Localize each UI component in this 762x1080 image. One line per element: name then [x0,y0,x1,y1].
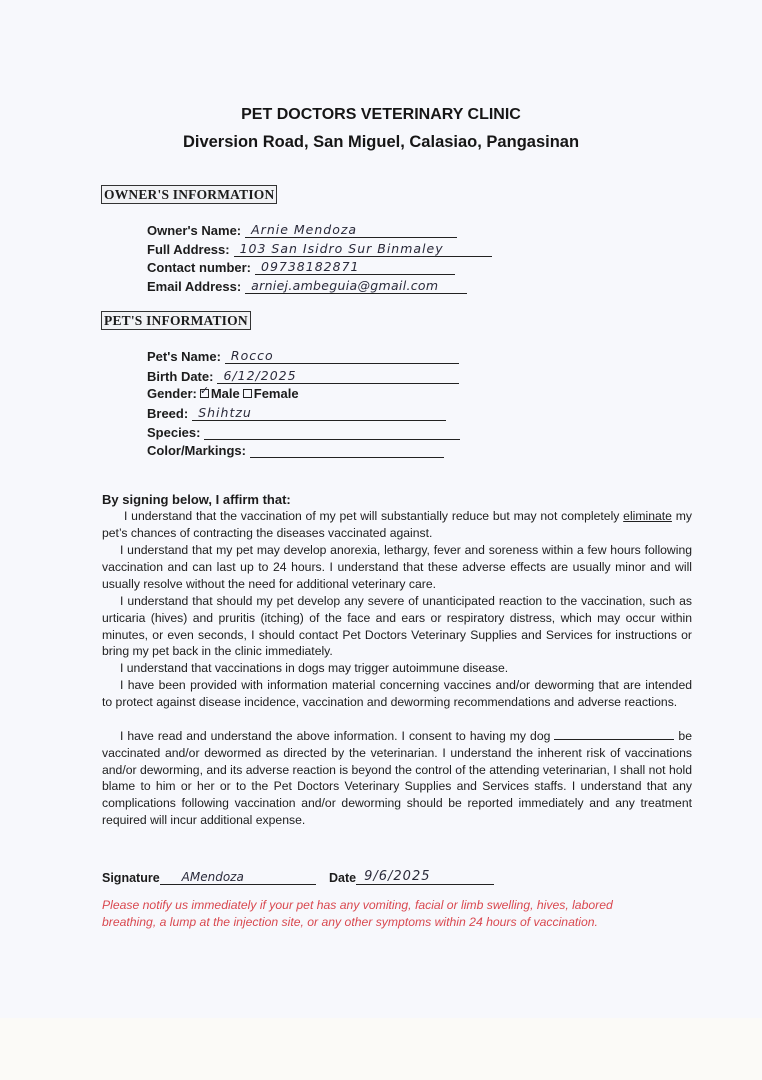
gender-female-label: Female [254,386,299,401]
pet-name-label: Pet's Name: [147,349,221,364]
owner-contact-value: 09738182871 [261,259,359,274]
signature-field[interactable]: AMendoza [160,862,316,885]
p6-start: I have read and understand the above inf… [120,729,554,743]
signature-label: Signature [102,871,160,885]
owner-email-field[interactable]: arniej.ambeguia@gmail.com [245,277,467,294]
date-row: Date 9/6/2025 [329,862,494,885]
consent-paragraph-4: I understand that vaccinations in dogs m… [102,660,692,677]
pet-section-title: PET'S INFORMATION [101,311,251,330]
owner-contact-label: Contact number: [147,260,251,275]
pet-species-row: Species: [147,423,460,440]
date-label: Date [329,871,356,885]
consent-paragraph-3: I understand that should my pet develop … [102,593,692,660]
owner-address-field[interactable]: 103 San Isidro Sur Binmaley [234,240,492,257]
owner-contact-row: Contact number: 09738182871 [147,258,455,275]
gender-female-checkbox[interactable] [243,389,252,398]
owner-section-title: OWNER'S INFORMATION [101,185,277,204]
pet-color-row: Color/Markings: [147,441,444,458]
pet-birthdate-field[interactable]: 6/12/2025 [217,367,459,384]
owner-name-label: Owner's Name: [147,223,241,238]
owner-email-value: arniej.ambeguia@gmail.com [251,278,438,293]
pet-color-field[interactable] [250,441,444,458]
consent-paragraph-2: I understand that my pet may develop ano… [102,542,692,592]
pet-gender-row: Gender: ✓ Male Female [147,386,299,401]
owner-address-label: Full Address: [147,242,230,257]
check-mark-icon: ✓ [200,384,209,397]
affirm-heading: By signing below, I affirm that: [102,492,291,507]
clinic-address: Diversion Road, San Miguel, Calasiao, Pa… [0,133,762,152]
pet-breed-row: Breed: Shihtzu [147,404,446,421]
p1-start: I understand that the vaccination of my … [124,509,623,523]
owner-address-value: 103 San Isidro Sur Binmaley [240,241,444,256]
pet-species-label: Species: [147,425,200,440]
post-vaccination-notice: Please notify us immediately if your pet… [102,897,662,931]
pet-breed-value: Shihtzu [198,405,252,420]
owner-address-row: Full Address: 103 San Isidro Sur Binmale… [147,240,492,257]
pet-breed-label: Breed: [147,406,188,421]
date-value: 9/6/2025 [364,869,430,884]
owner-contact-field[interactable]: 09738182871 [255,258,455,275]
signature-row: Signature AMendoza [102,862,316,885]
pet-breed-field[interactable]: Shihtzu [192,404,446,421]
p6-end: be vaccinated and/or dewormed as directe… [102,729,692,827]
owner-name-value: Arnie Mendoza [251,222,357,237]
date-field[interactable]: 9/6/2025 [356,862,494,885]
clinic-name: PET DOCTORS VETERINARY CLINIC [0,106,762,124]
owner-name-row: Owner's Name: Arnie Mendoza [147,221,457,238]
p1-underlined: eliminate [623,509,672,523]
pet-birthdate-value: 6/12/2025 [223,368,296,383]
owner-name-field[interactable]: Arnie Mendoza [245,221,457,238]
consent-paragraph-6: I have read and understand the above inf… [102,728,692,829]
gender-male-label: Male [211,386,240,401]
pet-birthdate-row: Birth Date: 6/12/2025 [147,367,459,384]
consent-paragraph-5: I have been provided with information ma… [102,677,692,711]
pet-color-label: Color/Markings: [147,443,246,458]
consent-paragraph-1: I understand that the vaccination of my … [102,508,692,542]
gender-male-checkbox[interactable]: ✓ [200,389,209,398]
pet-name-row: Pet's Name: Rocco [147,347,459,364]
pet-species-field[interactable] [204,423,460,440]
dog-name-blank[interactable] [554,728,674,740]
owner-email-label: Email Address: [147,279,241,294]
pet-name-field[interactable]: Rocco [225,347,459,364]
signature-value: AMendoza [182,870,244,884]
owner-email-row: Email Address: arniej.ambeguia@gmail.com [147,277,467,294]
pet-name-value: Rocco [231,348,274,363]
pet-gender-label: Gender: [147,386,197,401]
pet-birthdate-label: Birth Date: [147,369,213,384]
consent-form-page: PET DOCTORS VETERINARY CLINIC Diversion … [0,0,762,1018]
